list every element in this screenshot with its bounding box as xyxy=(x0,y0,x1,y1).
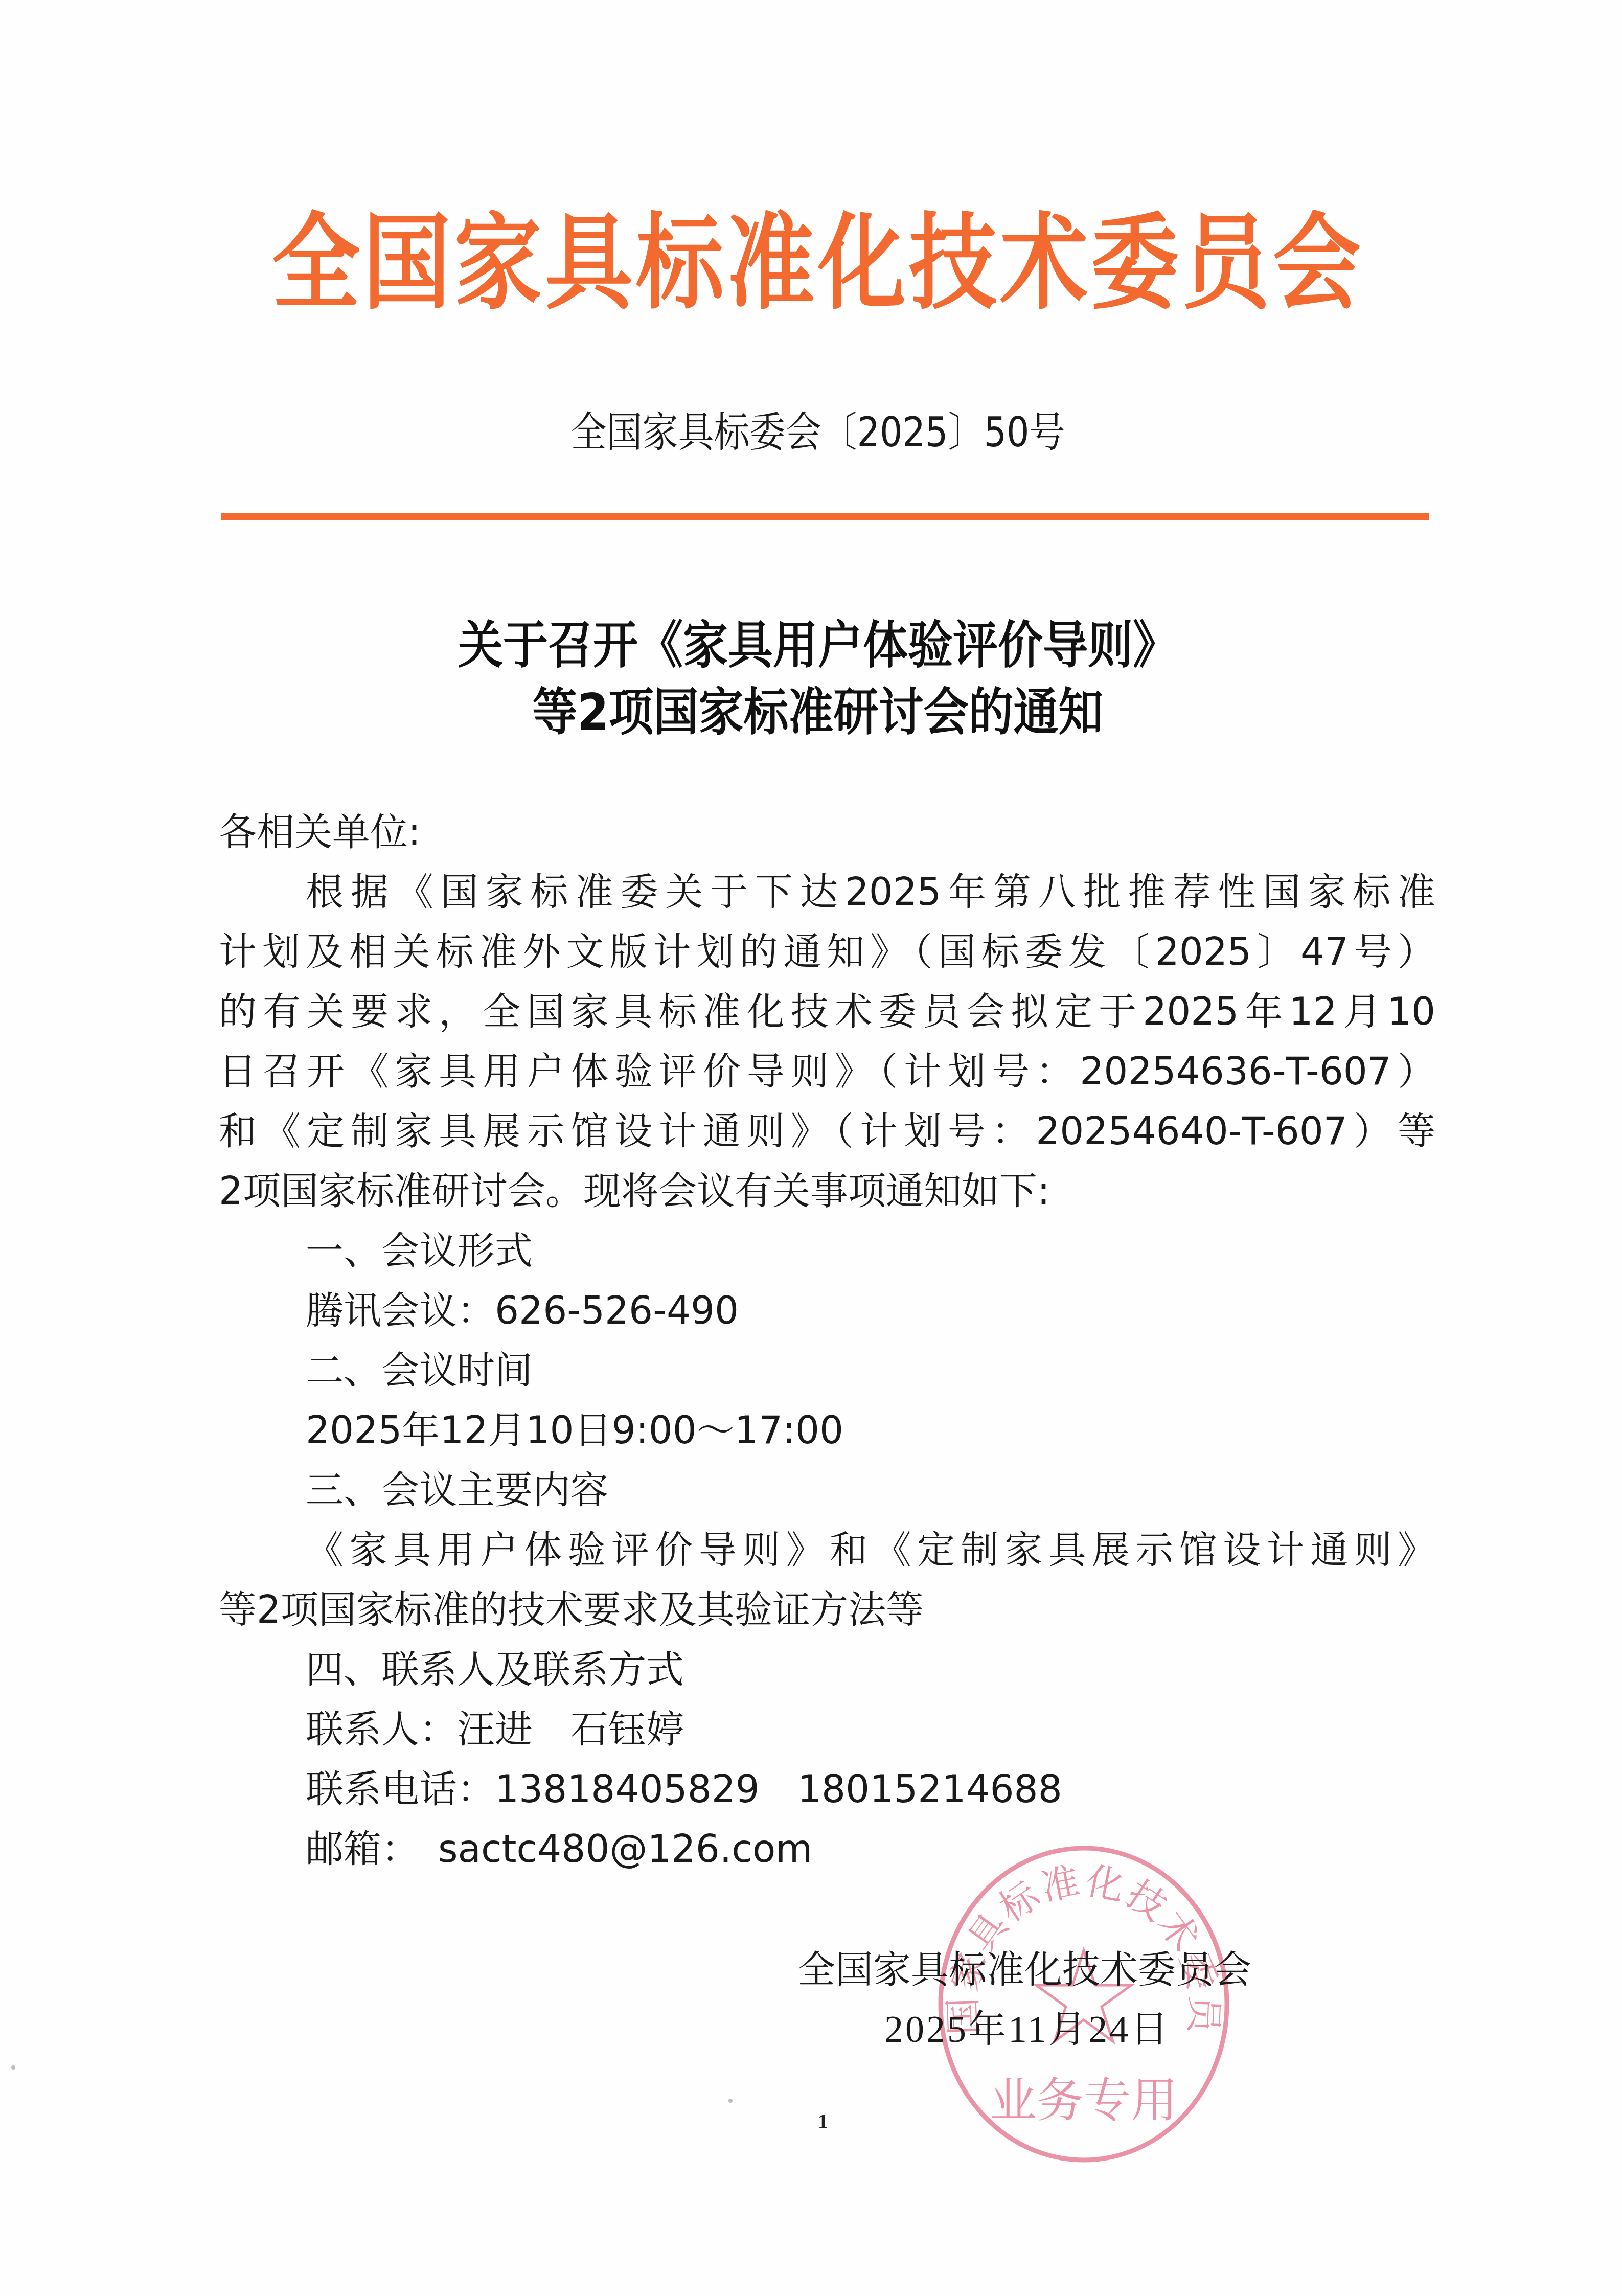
page-number: 1 xyxy=(797,2109,849,2133)
signature-block: 全国家具标准化技术委员会 2025年11月24日 xyxy=(797,1940,1329,2060)
contact-persons: 联系人：汪进 石钰婷 xyxy=(219,1700,1435,1760)
section-heading-content: 三、会议主要内容 xyxy=(219,1461,1435,1520)
scan-speck xyxy=(728,2099,733,2103)
signature-org: 全国家具标准化技术委员会 xyxy=(797,1940,1329,2000)
notice-title: 关于召开《家具用户体验评价导则》 等2项国家标准研讨会的通知 xyxy=(358,611,1278,745)
paragraph-line: 的有关要求，全国家具标准化技术委员会拟定于2025年12月10 xyxy=(219,982,1435,1042)
paragraph-line: 根据《国家标准委关于下达2025年第八批推荐性国家标准 xyxy=(219,862,1435,922)
notice-body: 各相关单位: 根据《国家标准委关于下达2025年第八批推荐性国家标准 计划及相关… xyxy=(219,803,1435,1879)
org-letterhead: 全国家具标准化技术委员会 xyxy=(204,185,1431,342)
section-heading-time: 二、会议时间 xyxy=(219,1341,1435,1401)
content-line: 《家具用户体验评价导则》和《定制家具展示馆设计通则》 xyxy=(219,1520,1435,1580)
paragraph-line: 2项国家标准研讨会。现将会议有关事项通知如下: xyxy=(219,1162,1435,1221)
paragraph-line: 和《定制家具展示馆设计通则》（计划号：20254640-T-607）等 xyxy=(219,1102,1435,1162)
document-number: 全国家具标委会〔2025〕50号 xyxy=(511,400,1125,465)
meeting-id: 腾讯会议：626-526-490 xyxy=(219,1281,1435,1341)
scan-speck xyxy=(11,2065,15,2070)
paragraph-line: 日召开《家具用户体验评价导则》（计划号：20254636-T-607） xyxy=(219,1042,1435,1102)
contact-phones: 联系电话：13818405829 18015214688 xyxy=(219,1760,1435,1820)
seal-center-text: 业务专用 xyxy=(990,2073,1178,2128)
section-heading-format: 一、会议形式 xyxy=(219,1221,1435,1281)
title-line-2: 等2项国家标准研讨会的通知 xyxy=(358,678,1278,745)
section-heading-contact: 四、联系人及联系方式 xyxy=(219,1640,1435,1700)
contact-email: 邮箱： sactc480@126.com xyxy=(219,1820,1435,1879)
salutation: 各相关单位: xyxy=(219,803,1435,862)
document-page: 全国家具标准化技术委员会 全国家具标委会〔2025〕50号 关于召开《家具用户体… xyxy=(0,0,1622,2296)
letterhead-divider xyxy=(221,513,1429,520)
signature-date: 2025年11月24日 xyxy=(797,2000,1329,2060)
content-line: 等2项国家标准的技术要求及其验证方法等 xyxy=(219,1580,1435,1640)
paragraph-line: 计划及相关标准外文版计划的通知》（国标委发〔2025〕47号） xyxy=(219,922,1435,982)
title-line-1: 关于召开《家具用户体验评价导则》 xyxy=(358,611,1278,678)
meeting-time: 2025年12月10日9:00～17:00 xyxy=(219,1401,1435,1461)
